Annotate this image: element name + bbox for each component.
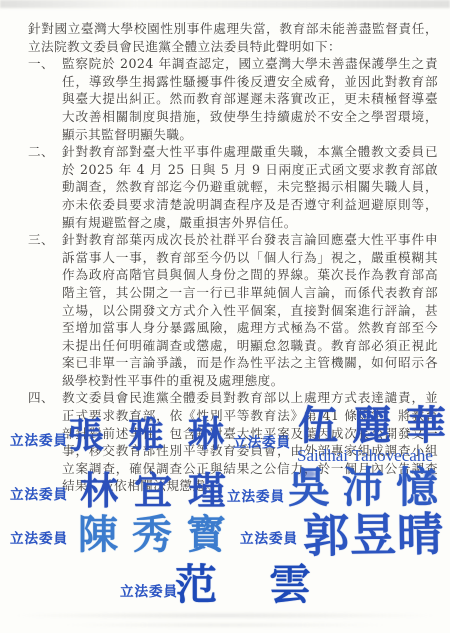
legislator-title-label: 立法委員: [240, 527, 298, 547]
legislator-title-label: 立法委員: [10, 483, 68, 503]
signature-stamp-wu-pei-yi: 吳沛憶: [288, 467, 450, 509]
legislator-title-label: 立法委員: [10, 429, 68, 449]
signature-stamp-kuo-yu-ching: 郭昱晴: [303, 511, 445, 559]
item-number: 二、: [28, 143, 62, 231]
signature-stamp-chen-hsiu-pao: 陳秀寳: [78, 515, 240, 555]
item-text: 針對教育部葉丙成次長於社群平台發表言論回應臺大性平事件申訴當事人一事，教育部至今…: [62, 231, 438, 389]
item-text: 針對教育部對臺大性平事件處理嚴重失職，本黨全體教文委員已於 2025 年 4 月…: [62, 143, 438, 231]
signature-romanized-saidhai-tahovecahe: Saidhai Tahovecahe: [297, 447, 433, 464]
statement-item-3: 三、 針對教育部葉丙成次長於社群平台發表言論回應臺大性平事件申訴當事人一事，教育…: [28, 231, 438, 389]
scan-smudge-bottom: [10, 612, 440, 619]
legislator-title-label: 立法委員: [227, 485, 285, 505]
statement-item-2: 二、 針對教育部對臺大性平事件處理嚴重失職，本黨全體教文委員已於 2025 年 …: [28, 143, 438, 231]
item-number: 一、: [28, 55, 62, 143]
scanned-statement-page: 針對國立臺灣大學校園性別事件處理失當，教育部未能善盡監督責任，立法院教文委員會民…: [0, 0, 450, 633]
signature-stamp-fan-yun: 范雲: [175, 564, 363, 606]
signature-stamp-wu-li-hua: 伍麗華: [298, 406, 450, 446]
signature-stamp-lin-yi-chin: 林宜瑾: [80, 472, 242, 510]
item-number: 三、: [28, 231, 62, 389]
item-text: 監察院於 2024 年調查認定，國立臺灣大學未善盡保護學生之責任，導致學生揭露性…: [62, 55, 438, 143]
scan-smudge-bottom: [60, 622, 390, 628]
statement-intro: 針對國立臺灣大學校園性別事件處理失當，教育部未能善盡監督責任，立法院教文委員會民…: [28, 20, 438, 55]
scan-smudge-top: [0, 0, 450, 8]
statement-item-1: 一、 監察院於 2024 年調查認定，國立臺灣大學未善盡保護學生之責任，導致學生…: [28, 55, 438, 143]
legislator-title-label: 立法委員: [233, 431, 291, 451]
legislator-title-label: 立法委員: [120, 580, 178, 600]
legislator-title-label: 立法委員: [10, 527, 68, 547]
signature-stamp-zhang-ya-lin: 張雅琳: [68, 416, 248, 454]
